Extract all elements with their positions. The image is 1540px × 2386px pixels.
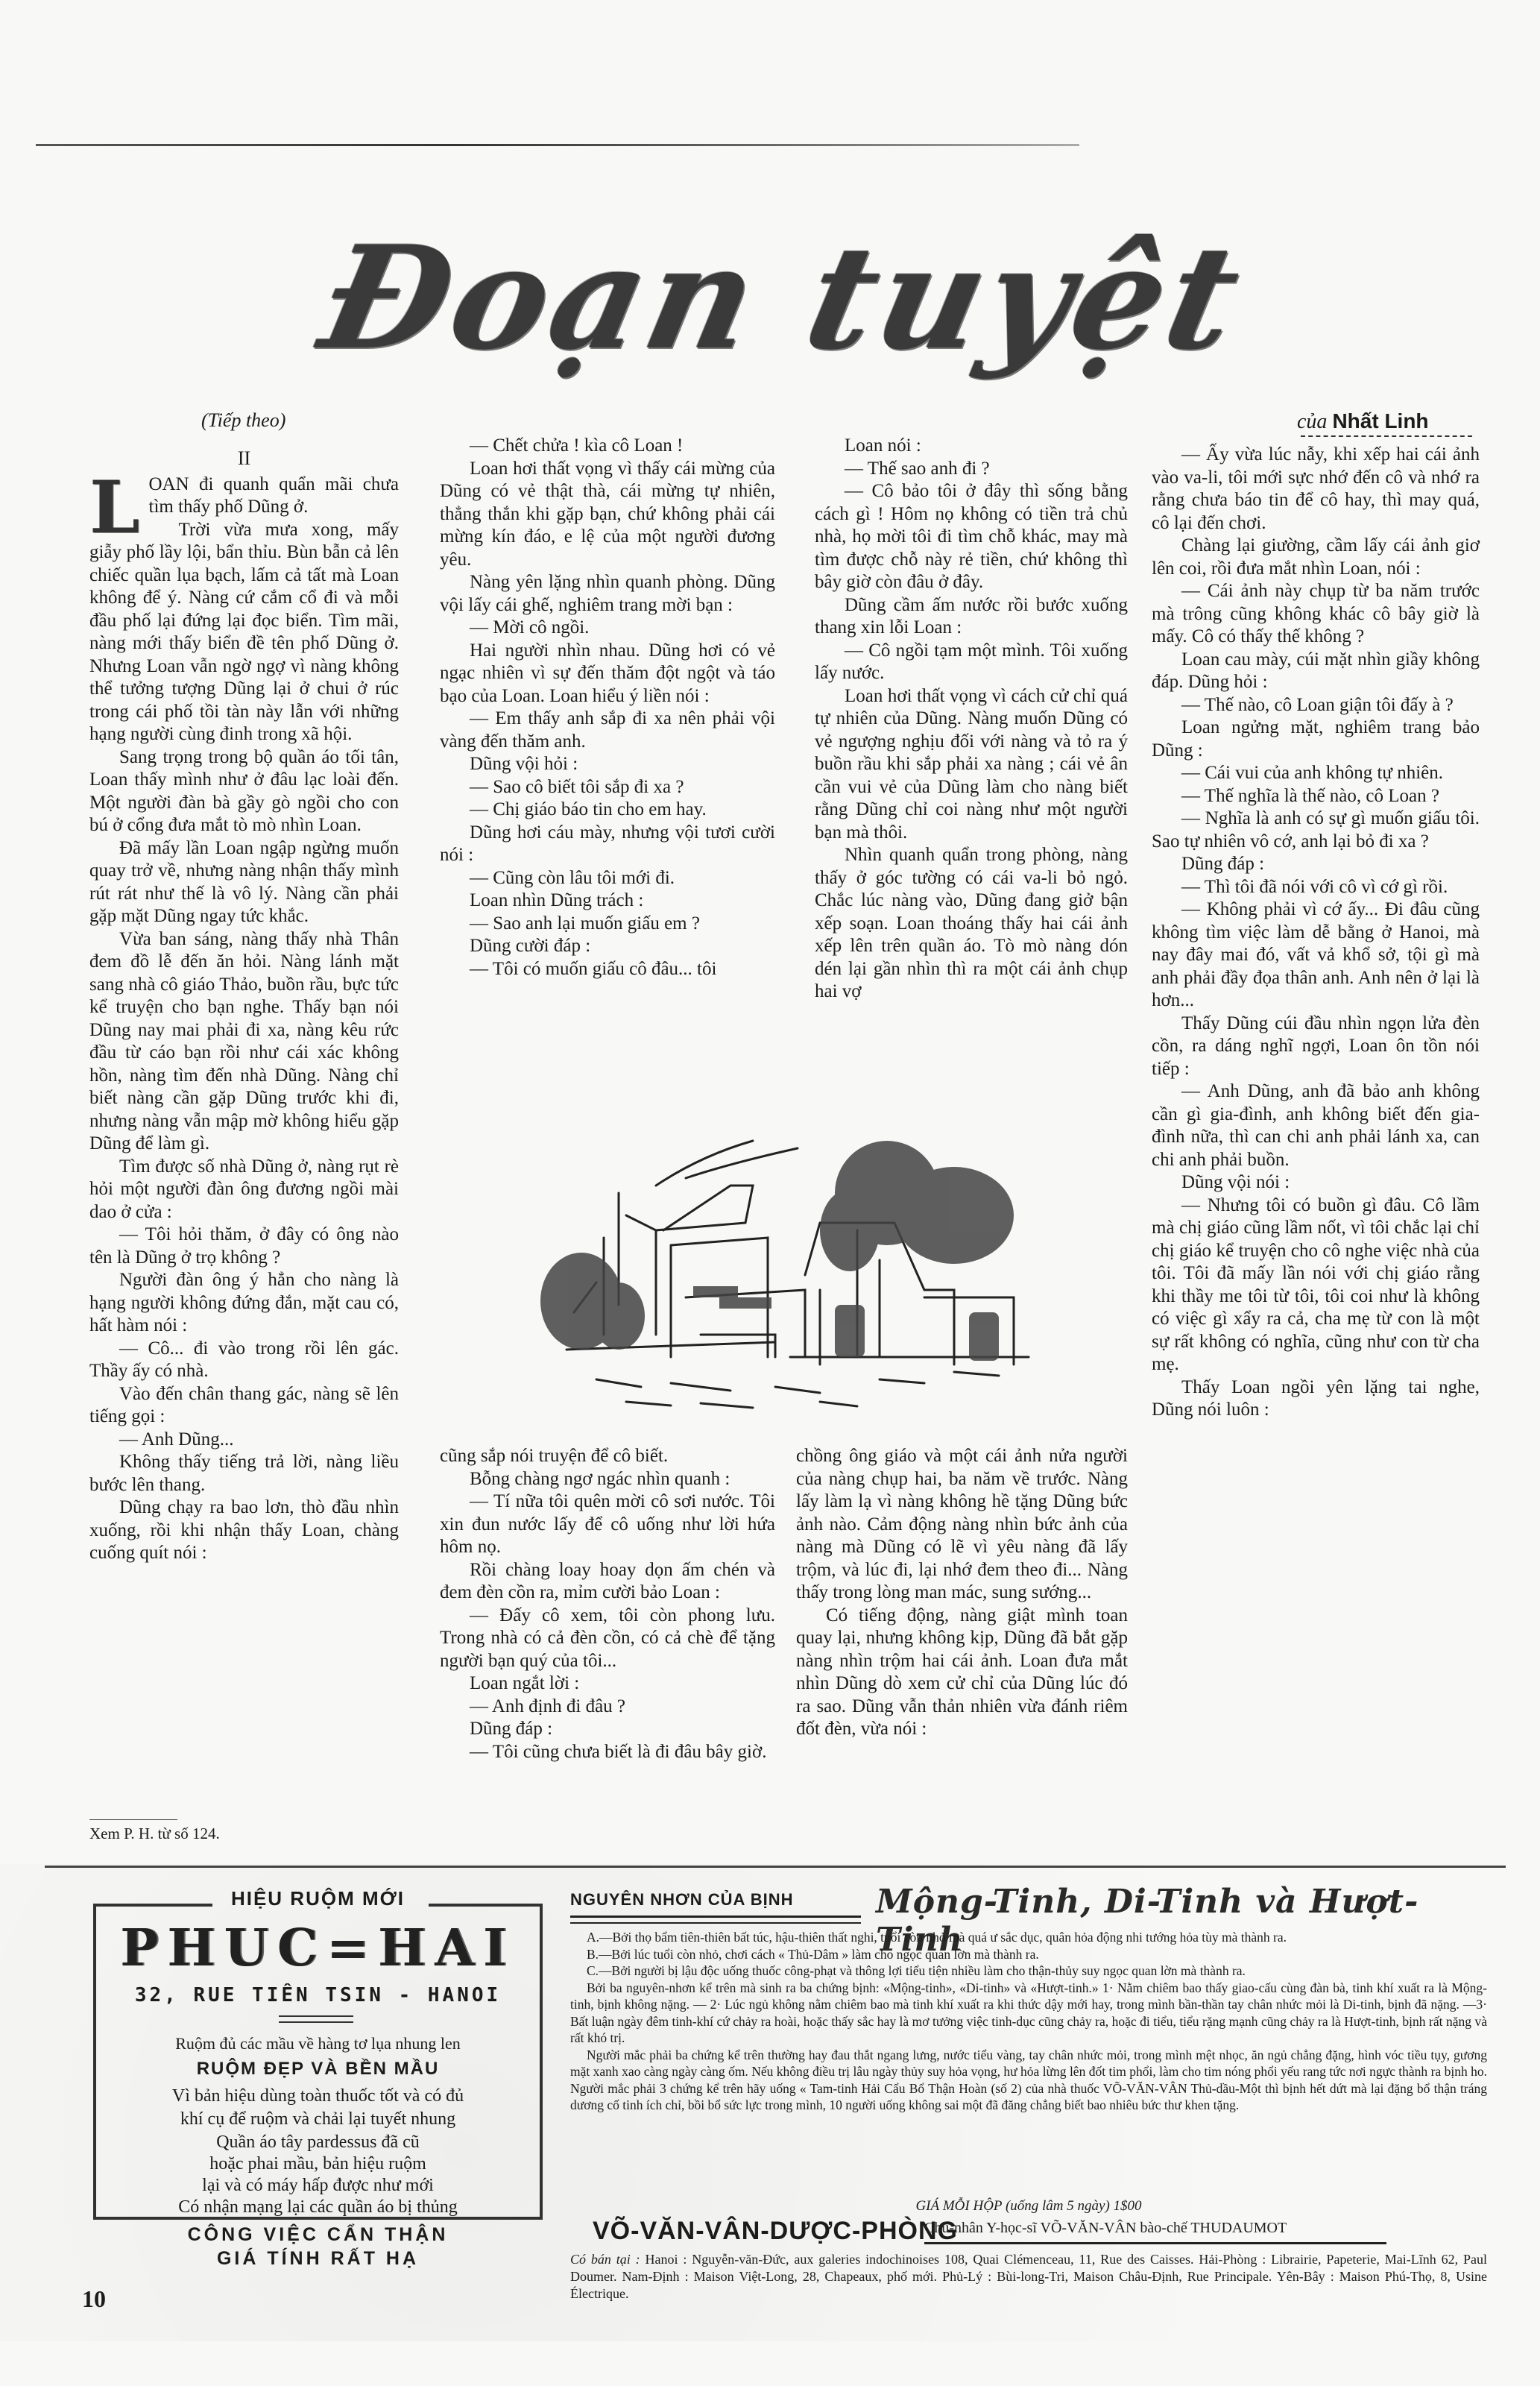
ad-slogan: CÔNG VIỆC CẨN THẬN [96, 2224, 540, 2246]
story-title: Đoạn tuyệt [133, 224, 1433, 373]
paragraph: — Nhưng tôi có buồn gì đâu. Cô lầm mà ch… [1152, 1194, 1480, 1376]
paragraph: Dũng cầm ấm nước rồi bước xuống thang xi… [815, 594, 1128, 640]
paragraph: Nhìn quanh quẩn trong phòng, nàng thấy ở… [815, 844, 1128, 1004]
section-divider [45, 1866, 1506, 1868]
paragraph: Đã mấy lần Loan ngập ngừng muốn quay trở… [89, 837, 399, 928]
ad-price: GIÁ MỖI HỘP (uống lâm 5 ngày) 1$00 [570, 2198, 1487, 2215]
paragraph: Nàng yên lặng nhìn quanh phòng. Dũng vội… [440, 571, 775, 617]
paragraph: Loan hơi thất vọng vì thấy cái mừng của … [440, 458, 775, 572]
paragraph: Loan cau mày, cúi mặt nhìn giầy không đá… [1152, 649, 1480, 694]
paragraph: — Tôi có muốn giấu cô đâu... tôi [440, 958, 775, 981]
ad-slogan-text: GIÁ TÍNH RẤT HẠ [212, 2248, 423, 2269]
ad-paragraph: Người mắc phải ba chứng kể trên thường h… [570, 2047, 1487, 2114]
paragraph: — Thế nghĩa là thế nào, cô Loan ? [1152, 785, 1480, 808]
article-column-3-bottom: chồng ông giáo và một cái ảnh nửa người … [796, 1445, 1128, 1741]
paragraph: Thấy Loan ngồi yên lặng tai nghe, Dũng n… [1152, 1376, 1480, 1422]
paragraph: — Cũng còn lâu tôi mới đi. [440, 867, 775, 890]
paragraph: Không thấy tiếng trả lời, nàng liều bước… [89, 1451, 399, 1496]
paragraph: — Em thấy anh sắp đi xa nên phải vội vàn… [440, 708, 775, 753]
paragraph: Vào đến chân thang gác, nàng sẽ lên tiến… [89, 1383, 399, 1429]
ad-company: VÕ-VĂN-VÂN-DƯỢC-PHÒNG [593, 2217, 958, 2246]
byline-underline [1301, 435, 1472, 440]
paragraph: Loan hơi thất vọng vì cách cử chỉ quá tự… [815, 685, 1128, 845]
article-column-4: — Ấy vừa lúc nẫy, khi xếp hai cái ảnh và… [1152, 444, 1480, 1422]
ad-heading-text: HIỆU RUỘM MỚI [225, 1887, 411, 1910]
paragraph: Rồi chàng loay hoay dọn ấm chén và đem đ… [440, 1559, 775, 1605]
paragraph: Thấy Dũng cúi đầu nhìn ngọn lửa đèn cồn,… [1152, 1013, 1480, 1081]
paragraph: Dũng chạy ra bao lơn, thò đầu nhìn xuống… [89, 1496, 399, 1565]
paragraph: — Anh Dũng... [89, 1429, 399, 1452]
paragraph: — Thế sao anh đi ? [815, 458, 1128, 481]
ad-owner: Chủ-nhân Y-học-sĩ VÕ-VĂN-VÂN bào-chế THU… [924, 2220, 1287, 2237]
paragraph: — Tí nữa tôi quên mời cô sơi nước. Tôi x… [440, 1491, 775, 1559]
paragraph: Bỗng chàng ngơ ngác nhìn quanh : [440, 1468, 775, 1491]
paragraph: — Không phải vì cớ ấy... Đi đâu cũng khô… [1152, 898, 1480, 1013]
footnote-rule [89, 1819, 177, 1820]
paragraph: — Chị giáo báo tin cho em hay. [440, 799, 775, 822]
paragraph: Loan nói : [815, 435, 1128, 458]
ad-heading: HIỆU RUỘM MỚI [96, 1887, 540, 1910]
article-column-1: II LOAN đi quanh quẩn mãi chưa tìm thấy … [89, 447, 399, 1565]
ad-owner-rule [924, 2242, 1386, 2244]
ad-body: A.—Bởi thọ bẩm tiên-thiên bất túc, hậu-t… [570, 1929, 1487, 2114]
paragraph: Loan nhìn Dũng trách : [440, 890, 775, 913]
paragraph: Dũng hơi cáu mày, nhưng vội tươi cười nó… [440, 822, 775, 867]
paragraph: — Tôi hỏi thăm, ở đây có ông nào tên là … [89, 1224, 399, 1269]
paragraph: — Cái vui của anh không tự nhiên. [1152, 762, 1480, 785]
ad-line: lại và có máy hấp được như mới [96, 2176, 540, 2196]
paragraph: — Đấy cô xem, tôi còn phong lưu. Trong n… [440, 1605, 775, 1673]
dropcap: L [89, 478, 140, 538]
house-sketch-icon [507, 1111, 1081, 1409]
ad-paragraph: C.—Bởi người bị lậu độc uống thuốc công-… [570, 1962, 1487, 1980]
article-column-3-top: Loan nói : — Thế sao anh đi ? — Cô bảo t… [815, 435, 1128, 1004]
paragraph: chồng ông giáo và một cái ảnh nửa người … [796, 1445, 1128, 1605]
article-column-2-bottom: cũng sắp nói truyện để cô biết. Bỗng chà… [440, 1445, 775, 1763]
ad-line: hoặc phai mầu, bản hiệu ruộm [96, 2154, 540, 2174]
paragraph: — Sao anh lại muốn giấu em ? [440, 913, 775, 936]
paragraph: — Chết chửa ! kìa cô Loan ! [440, 435, 775, 458]
paragraph: — Cái ảnh này chụp từ ba năm trước mà tr… [1152, 580, 1480, 649]
paragraph-text: OAN đi quanh quẩn mãi chưa tìm thấy phố … [149, 474, 400, 517]
paragraph: — Sao cô biết tôi sắp đi xa ? [440, 776, 775, 799]
paragraph: Dũng vội nói : [1152, 1171, 1480, 1194]
ad-label: NGUYÊN NHƠN CỦA BỊNH [570, 1890, 794, 1910]
ad-paragraph: B.—Bởi lúc tuổi còn nhỏ, chơi cách « Thủ… [570, 1946, 1487, 1963]
paragraph: Tìm được số nhà Dũng ở, nàng rụt rè hỏi … [89, 1156, 399, 1224]
ad-line: Quần áo tây pardessus đã cũ [96, 2132, 540, 2153]
footnote: Xem P. H. từ số 124. [89, 1825, 220, 1843]
paragraph: Loan ngửng mặt, nghiêm trang bảo Dũng : [1152, 717, 1480, 762]
ad-address: 32, RUE TIÊN TSIN - HANOI [96, 1984, 540, 2006]
ad-line: Có nhận mạng lại các quần áo bị thủng [96, 2197, 540, 2217]
paragraph: Trời vừa mưa xong, mấy giẫy phố lầy lội,… [89, 519, 399, 746]
header-rule [36, 144, 1079, 146]
paragraph: — Thì tôi đã nói với cô vì cớ gì rồi. [1152, 876, 1480, 899]
byline-prefix: của [1297, 410, 1327, 433]
paragraph: Chàng lại giường, cầm lấy cái ảnh giơ lê… [1152, 535, 1480, 580]
paragraph: Vừa ban sáng, nàng thấy nhà Thân đem đồ … [89, 928, 399, 1156]
ad-line: khí cụ để ruộm và chải lại tuyết nhung [96, 2109, 540, 2130]
paragraph: Dũng cười đáp : [440, 935, 775, 958]
author-name: Nhất Linh [1332, 409, 1428, 432]
paragraph: Hai người nhìn nhau. Dũng hơi có vẻ ngạc… [440, 640, 775, 708]
paragraph: Người đàn ông ý hẳn cho nàng là hạng ngư… [89, 1269, 399, 1338]
byline: của Nhất Linh [1297, 409, 1429, 434]
paragraph: — Cô ngồi tạm một mình. Tôi xuống lấy nư… [815, 640, 1128, 685]
ad-paragraph: A.—Bởi thọ bẩm tiên-thiên bất túc, hậu-t… [570, 1929, 1487, 1946]
ad-line: Ruộm đủ các mầu về hàng tơ lụa nhung len [96, 2034, 540, 2053]
ad-paragraph: Bởi ba nguyên-nhơn kể trên mà sinh ra ba… [570, 1980, 1487, 2047]
paragraph: Dũng đáp : [1152, 853, 1480, 876]
paragraph: — Anh định đi đâu ? [440, 1696, 775, 1719]
ad-slogan: RUỘM ĐẸP VÀ BỀN MẦU [96, 2059, 540, 2080]
paragraph: Dũng đáp : [440, 1718, 775, 1741]
ad-slogan: GIÁ TÍNH RẤT HẠ [96, 2248, 540, 2270]
paragraph: — Cô... đi vào trong rồi lên gác. Thầy ấ… [89, 1338, 399, 1383]
paragraph: Dũng vội hỏi : [440, 753, 775, 776]
ad-sellers-text: Hanoi : Nguyễn-văn-Đức, aux galeries ind… [570, 2252, 1487, 2301]
paragraph: LOAN đi quanh quẩn mãi chưa tìm thấy phố… [89, 473, 399, 519]
ad-brand: PHUC=HAI [96, 1918, 540, 1978]
paragraph: — Mời cô ngồi. [440, 617, 775, 640]
paragraph: — Cô bảo tôi ở đây thì sống bằng cách gì… [815, 480, 1128, 594]
paragraph: — Nghĩa là anh có sự gì muốn giấu tôi. S… [1152, 808, 1480, 853]
page-number: 10 [82, 2285, 106, 2313]
ad-sellers: Có bán tại : Hanoi : Nguyễn-văn-Đức, aux… [570, 2251, 1487, 2302]
paragraph: — Tôi cũng chưa biết là đi đâu bây giờ. [440, 1741, 775, 1764]
ad-label-rule [570, 1916, 861, 1924]
ad-sellers-label: Có bán tại : [570, 2252, 640, 2267]
paragraph: — Anh Dũng, anh đã bảo anh không cần gì … [1152, 1080, 1480, 1171]
paragraph: Sang trọng trong bộ quần áo tối tân, Loa… [89, 746, 399, 837]
paragraph: — Ấy vừa lúc nẫy, khi xếp hai cái ảnh và… [1152, 444, 1480, 535]
paragraph: cũng sắp nói truyện để cô biết. [440, 1445, 775, 1468]
continued-label: (Tiếp theo) [201, 409, 285, 432]
article-column-2-top: — Chết chửa ! kìa cô Loan ! Loan hơi thấ… [440, 435, 775, 980]
double-rule [279, 2015, 353, 2023]
paragraph: Có tiếng động, nàng giật mình toan quay … [796, 1605, 1128, 1741]
paragraph: Loan ngắt lời : [440, 1672, 775, 1696]
ad-line: Vì bản hiệu dùng toàn thuốc tốt và có đủ [96, 2086, 540, 2106]
ad-phuc-hai: HIỆU RUỘM MỚI PHUC=HAI 32, RUE TIÊN TSIN… [93, 1904, 543, 2220]
paragraph: — Thế nào, cô Loan giận tôi đấy à ? [1152, 694, 1480, 717]
